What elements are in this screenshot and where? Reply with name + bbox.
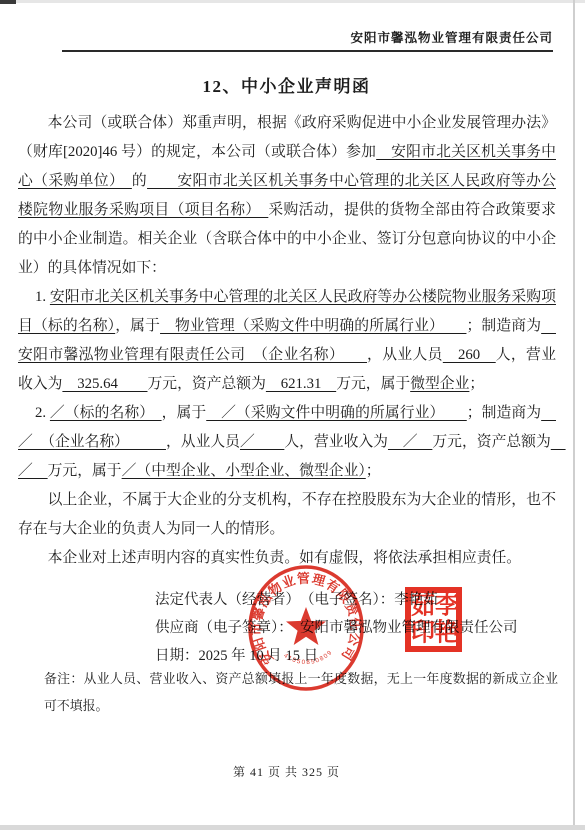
body-text: 1. — [35, 289, 50, 305]
filled-blank-text: ／ — [388, 434, 432, 450]
body-text: 万元，资产总额为 — [148, 376, 266, 392]
body-text: 万元，属于 — [48, 463, 122, 479]
body-text: 2. — [35, 405, 50, 421]
filled-blank-text: ／（中型企业、小型企业、微型企业） — [122, 463, 366, 479]
scan-corner-mark — [0, 0, 16, 4]
body-text: 的 — [132, 173, 147, 189]
body-text: ； — [366, 463, 381, 479]
document-body: 本公司（或联合体）郑重声明，根据《政府采购促进中小企业发展管理办法》（财库[20… — [18, 109, 556, 573]
filled-blank-text: ／ — [240, 434, 284, 450]
filled-blank-text: 260 — [443, 347, 496, 363]
name-seal-char: 印 — [411, 619, 435, 647]
paragraph: 以上企业，不属于大企业的分支机构，不存在控股股东为大企业的情形，也不存在与大企业… — [18, 486, 556, 544]
document-title: 12、中小企业声明函 — [0, 72, 573, 97]
filled-blank-text: 微型企业 — [410, 376, 469, 392]
name-seal-char: 艳 — [435, 619, 459, 647]
paragraph: 2. ／（标的名称） ，属于 ／（采购文件中明确的所属行业） ；制造商为 ／ （… — [18, 399, 556, 486]
scan-top-edge — [0, 0, 585, 3]
doc-paragraphs: 本公司（或联合体）郑重声明，根据《政府采购促进中小企业发展管理办法》（财库[20… — [18, 109, 556, 573]
paragraph: 1. 安阳市北关区机关事务中心管理的北关区人民政府等办公楼院物业服务采购项目（标… — [18, 283, 556, 399]
body-text: 人，营业收入为 — [284, 434, 388, 450]
name-seal-char: 茹 — [411, 592, 435, 620]
body-text: ，从业人员 — [367, 347, 443, 363]
body-text: 万元，属于 — [336, 376, 410, 392]
filled-blank-text: 325.64 — [62, 376, 147, 392]
body-text: 万元，资产总额为 — [432, 434, 550, 450]
body-text: ，属于 — [115, 318, 160, 334]
filled-blank-text: ／（标的名称） — [50, 405, 162, 421]
header-company-name: 安阳市馨泓物业管理有限责任公司 — [350, 31, 553, 45]
document-page: 安阳市馨泓物业管理有限责任公司 12、中小企业声明函 本公司（或联合体）郑重声明… — [0, 0, 585, 830]
name-seal-char: 李 — [435, 592, 459, 620]
paragraph: 本公司（或联合体）郑重声明，根据《政府采购促进中小企业发展管理办法》（财库[20… — [18, 109, 556, 283]
page-number-footer: 第 41 页 共 325 页 — [0, 763, 573, 780]
company-round-seal: 安阳市馨泓物业管理有限责任公司 4105085080917 — [245, 563, 367, 693]
filled-blank-text: 621.31 — [266, 376, 336, 392]
body-text: ，属于 — [162, 405, 207, 421]
filled-blank-text: 物业管理（采购文件中明确的所属行业） — [160, 318, 466, 334]
filled-blank-text: ／（采购文件中明确的所属行业） — [206, 405, 467, 421]
seal-star-icon — [286, 607, 326, 645]
body-text: ；制造商为 — [467, 405, 541, 421]
body-text: ，从业人员 — [166, 434, 240, 450]
scan-bottom-edge — [0, 825, 585, 830]
personal-name-seal: 茹 李 印 艳 — [405, 587, 462, 652]
scan-right-edge — [573, 0, 575, 830]
body-text: 以上企业，不属于大企业的分支机构，不存在控股股东为大企业的情形，也不存在与大企业… — [18, 492, 556, 537]
body-text: ； — [469, 376, 484, 392]
body-text: ；制造商为 — [466, 318, 541, 334]
page-header: 安阳市馨泓物业管理有限责任公司 — [62, 28, 553, 52]
